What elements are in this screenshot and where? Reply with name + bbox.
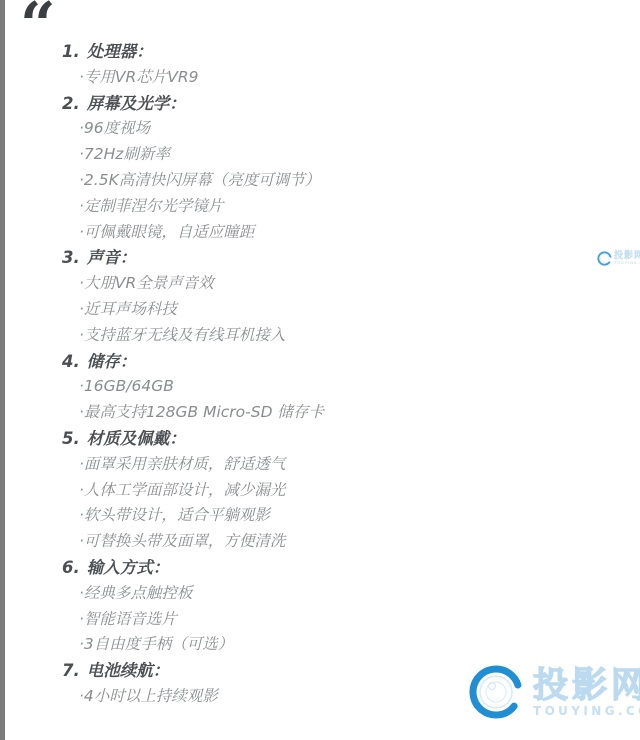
spec-item: ·经典多点触控板 [62,581,602,607]
spec-item: ·可佩戴眼镜，自适应瞳距 [62,220,602,246]
spec-item: ·专用VR芯片VR9 [62,65,602,91]
spec-section-title: 处理器： [87,42,153,61]
spec-section-number: 7. [62,661,80,680]
spec-item: ·面罩采用亲肤材质，舒适透气 [62,452,602,478]
spec-item: ·人体工学面部设计，减少漏光 [62,478,602,504]
spec-section-number: 4. [62,352,80,371]
spec-section-number: 3. [62,248,80,267]
spec-item: ·96度视场 [62,116,602,142]
spec-section-header: 6.输入方式： [62,555,602,581]
touying-name: 投影网 [533,668,640,704]
spec-item: ·可替换头带及面罩，方便清洗 [62,529,602,555]
spec-list: 1.处理器：·专用VR芯片VR92.屏幕及光学：·96度视场·72Hz刷新率·2… [62,39,602,710]
spec-section-title: 电池续航： [87,661,170,680]
touying-name-small: 投影网 [614,251,640,261]
spec-section-title: 屏幕及光学： [87,94,186,113]
touying-watermark-large: 投影网 TOUYING.COM [468,664,640,720]
spec-item: ·3自由度手柄（可选） [62,632,602,658]
spec-section-number: 1. [62,42,80,61]
spec-section-number: 6. [62,558,80,577]
spec-item: ·支持蓝牙无线及有线耳机接入 [62,323,602,349]
blockquote-left-rule [0,0,5,740]
spec-item: ·16GB/64GB [62,374,602,400]
spec-item: ·2.5K高清快闪屏幕（亮度可调节） [62,168,602,194]
touying-watermark-small: 投影网 TOUYING.COM [597,251,640,266]
spec-item: ·大朋VR全景声音效 [62,271,602,297]
touying-domain-small: TOUYING.COM [614,261,640,265]
touying-logo-ring-icon-small [597,251,612,266]
touying-watermark-text-small: 投影网 TOUYING.COM [614,251,640,265]
spec-item: ·72Hz刷新率 [62,142,602,168]
spec-item: ·定制菲涅尔光学镜片 [62,194,602,220]
spec-item: ·软头带设计，适合平躺观影 [62,503,602,529]
spec-section-title: 储存： [87,352,137,371]
touying-domain: TOUYING.COM [533,705,640,718]
spec-section-header: 1.处理器： [62,39,602,65]
touying-logo-ring-icon [468,664,524,720]
spec-section-header: 5.材质及佩戴： [62,426,602,452]
article-quote-page: { "page": { "background": "#ffffff", "le… [0,0,640,740]
spec-section-title: 输入方式： [87,558,170,577]
spec-item: ·最高支持128GB Micro-SD 储存卡 [62,400,602,426]
spec-section-header: 4.储存： [62,349,602,375]
touying-watermark-text: 投影网 TOUYING.COM [533,668,640,718]
spec-section-header: 2.屏幕及光学： [62,91,602,117]
opening-quote-glyph: “ [20,0,52,56]
spec-section-header: 3.声音： [62,245,602,271]
spec-item: ·近耳声场科技 [62,297,602,323]
spec-section-number: 2. [62,94,80,113]
spec-section-title: 声音： [87,248,137,267]
spec-section-number: 5. [62,429,80,448]
spec-item: ·智能语音选片 [62,607,602,633]
spec-section-title: 材质及佩戴： [87,429,186,448]
